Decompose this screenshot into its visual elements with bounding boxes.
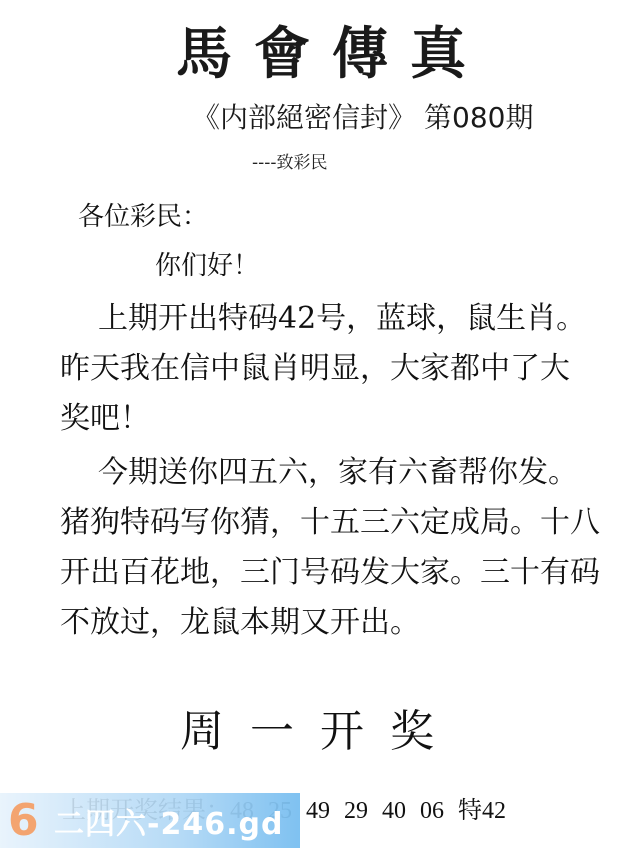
addressee: ----致彩民 <box>252 148 328 173</box>
fax-document: 馬會傳真 《内部絕密信封》第080期 ----致彩民 各位彩民： 你们好！ 上期… <box>0 0 640 848</box>
paragraph-line: 上期开出特码42号，蓝球，鼠生肖。 <box>60 294 600 344</box>
paragraph-2: 今期送你四五六，家有六畜帮你发。 猪狗特码写你猜，十五三六定成局。十八 开出百花… <box>60 448 600 648</box>
paragraph-line: 今期送你四五六，家有六畜帮你发。 <box>60 448 600 498</box>
result-number: 40 <box>382 798 406 824</box>
paragraph-1: 上期开出特码42号，蓝球，鼠生肖。 昨天我在信中鼠肖明显，大家都中了大 奖吧！ <box>60 294 600 444</box>
site-watermark: 6 二四六-246.gd <box>0 793 300 848</box>
result-number: 29 <box>344 798 368 824</box>
special-number: 特42 <box>458 798 506 824</box>
subtitle-label: 《内部絕密信封》 <box>192 101 416 134</box>
watermark-text: 二四六-246.gd <box>54 799 283 843</box>
paragraph-line: 昨天我在信中鼠肖明显，大家都中了大 <box>60 344 600 394</box>
paragraph-line: 奖吧！ <box>60 394 600 444</box>
salutation: 各位彩民： <box>78 196 208 233</box>
paragraph-line: 开出百花地，三门号码发大家。三十有码 <box>60 548 600 598</box>
paragraph-line: 猪狗特码写你猜，十五三六定成局。十八 <box>60 498 600 548</box>
logo-six-icon: 6 <box>8 799 44 843</box>
paragraph-line: 不放过，龙鼠本期又开出。 <box>60 598 600 648</box>
document-subtitle: 《内部絕密信封》第080期 <box>192 96 533 136</box>
result-number: 49 <box>306 798 330 824</box>
document-title: 馬會傳真 <box>176 10 488 90</box>
greeting: 你们好！ <box>155 245 259 282</box>
result-number: 06 <box>420 798 444 824</box>
draw-day-heading: 周一开奖 <box>180 695 460 759</box>
issue-number: 第080期 <box>424 101 533 134</box>
